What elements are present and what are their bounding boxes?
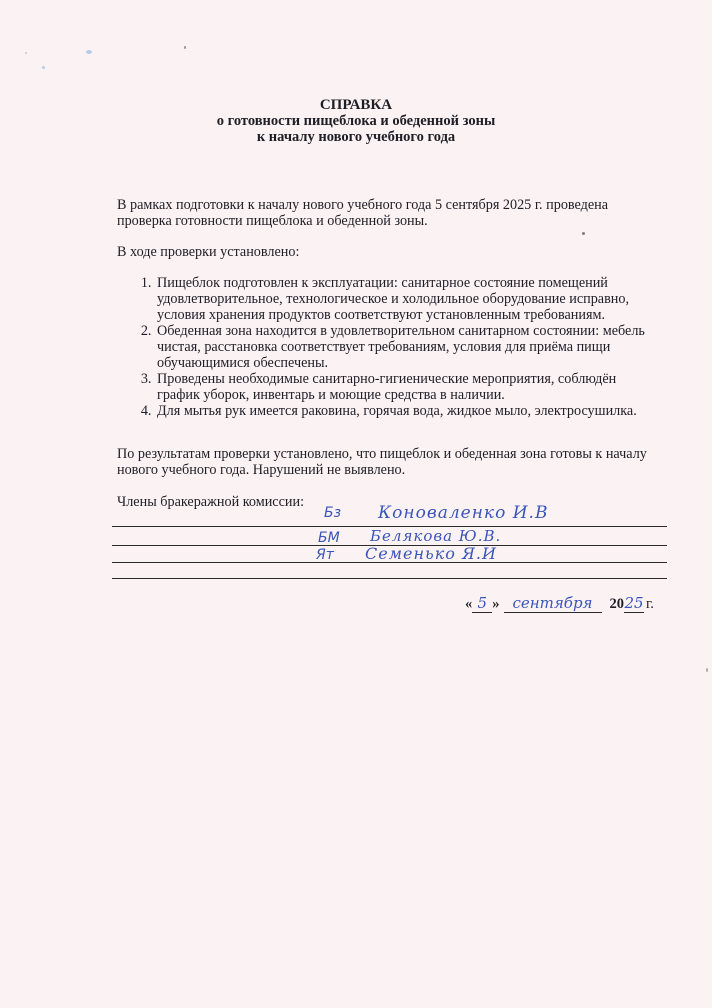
signature-mark: БМ [318,530,340,546]
signature-mark: Бз [324,505,341,521]
findings-item: Обеденная зона находится в удовлетворите… [155,323,662,371]
commission-members-label: Члены бракеражной комиссии: [117,494,304,511]
conclusion-paragraph: По результатам проверки установлено, что… [117,446,662,478]
signature-mark: Ят [316,547,334,563]
scan-speck [184,46,186,49]
findings-heading: В ходе проверки установлено: [117,244,662,260]
date-close-quote: » [492,596,499,613]
date-year-prefix: 20 [610,596,625,613]
signature-name: Семенько Я.И [365,544,497,563]
scan-speck [706,668,708,672]
findings-item: Пищеблок подготовлен к эксплуатации: сан… [155,275,662,323]
date-open-quote: « [465,596,472,613]
findings-list: Пищеблок подготовлен к эксплуатации: сан… [117,275,662,419]
date-year-unit: г. [646,596,654,613]
findings-item: Для мытья рук имеется раковина, горячая … [155,403,662,419]
scan-speck [25,52,27,54]
signature-name: Белякова Ю.В. [370,527,501,545]
intro-paragraph: В рамках подготовки к началу нового учеб… [117,197,662,229]
document-date: « 5 » сентября 20 25 г. [465,594,654,613]
scan-speck [86,50,92,54]
signature-name: Коноваленко И.В [378,503,548,523]
date-day: 5 [472,594,492,613]
document-title: СПРАВКА [0,97,712,113]
scan-speck [582,232,585,235]
findings-item: Проведены необходимые санитарно-гигиенич… [155,371,662,403]
document-subtitle-line1: о готовности пищеблока и обеденной зоны [0,113,712,129]
date-year-suffix: 25 [624,594,644,613]
scan-speck [42,66,45,69]
document-page: СПРАВКА о готовности пищеблока и обеденн… [0,0,712,1008]
document-title-block: СПРАВКА о готовности пищеблока и обеденн… [0,97,712,145]
date-month: сентября [504,594,602,613]
signature-line [112,578,667,579]
document-subtitle-line2: к началу нового учебного года [0,129,712,145]
